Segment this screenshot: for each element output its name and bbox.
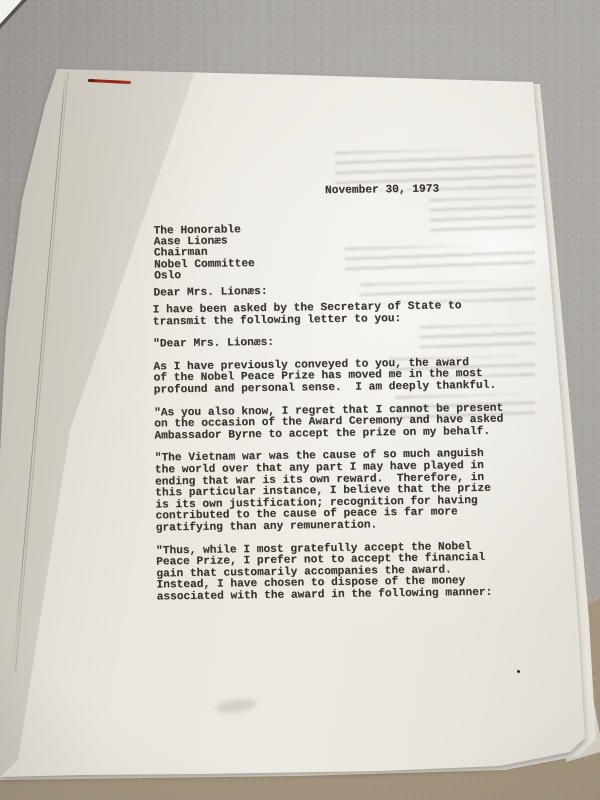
typewritten-text: November 30, 1973 The HonorableAase Lion… (0, 0, 600, 800)
letter-page-wrap: November 30, 1973 The HonorableAase Lion… (0, 0, 600, 800)
letter-page: November 30, 1973 The HonorableAase Lion… (0, 0, 600, 800)
letter-date: November 30, 1973 (325, 183, 439, 197)
paragraph: I have been asked by the Secretary of St… (153, 301, 502, 329)
paragraph: "Thus, while I most gratefully accept th… (156, 541, 506, 604)
recipient-address: The HonorableAase LionæsChairmanNobel Co… (153, 225, 254, 282)
photo-of-letter: November 30, 1973 The HonorableAase Lion… (0, 0, 600, 800)
paragraph: "Dear Mrs. Lionæs: (153, 335, 502, 351)
paragraph: "As you also know, I regret that I canno… (154, 403, 504, 443)
salutation: Dear Mrs. Lionæs: (153, 286, 267, 300)
paragraph: "The Vietnam war was the cause of so muc… (155, 449, 505, 535)
letter-body: I have been asked by the Secretary of St… (153, 301, 506, 615)
paragraph: As I have previously conveyed to you, th… (153, 357, 503, 397)
